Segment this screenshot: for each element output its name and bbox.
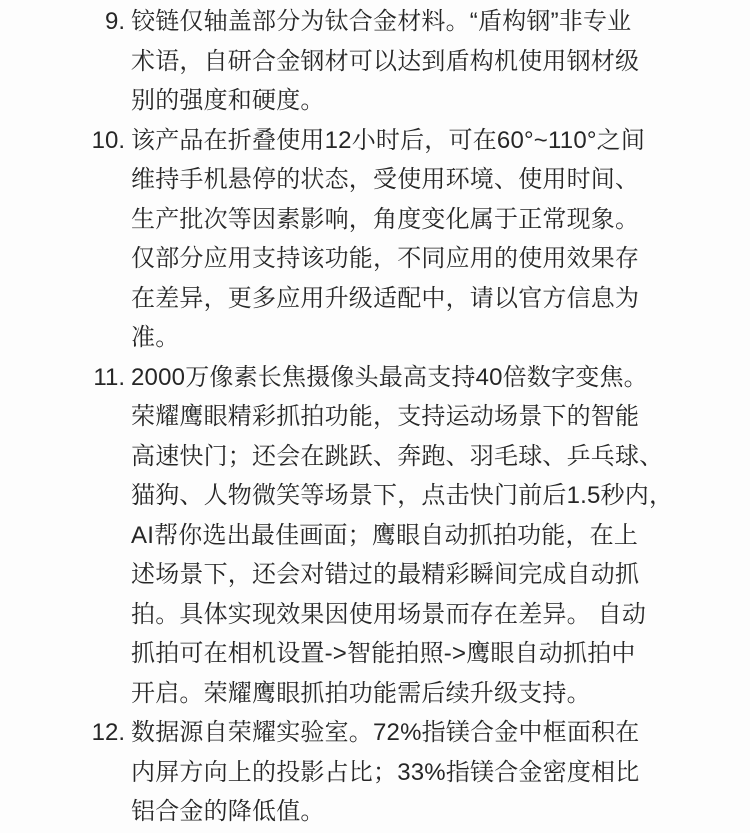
footnote-item-11: 11. 2000万像素长焦摄像头最高支持40倍数字变焦。 荣耀鹰眼精彩抓拍功能，… bbox=[0, 358, 750, 714]
footnote-number: 9. bbox=[0, 2, 125, 42]
footnote-text: 该产品在折叠使用12小时后，可在60°~110°之间 维持手机悬停的状态，受使用… bbox=[131, 121, 716, 358]
footnote-item-12: 12. 数据源自荣耀实验室。72%指镁合金中框面积在 内屏方向上的投影占比；33… bbox=[0, 713, 750, 832]
footnotes-document: 9. 铰链仅轴盖部分为钛合金材料。“盾构钢”非专业 术语，自研合金钢材可以达到盾… bbox=[0, 0, 750, 833]
footnote-text: 2000万像素长焦摄像头最高支持40倍数字变焦。 荣耀鹰眼精彩抓拍功能，支持运动… bbox=[131, 358, 716, 714]
footnote-item-9: 9. 铰链仅轴盖部分为钛合金材料。“盾构钢”非专业 术语，自研合金钢材可以达到盾… bbox=[0, 2, 750, 121]
footnote-number: 10. bbox=[0, 121, 125, 161]
footnote-number: 11. bbox=[0, 358, 125, 398]
footnote-item-10: 10. 该产品在折叠使用12小时后，可在60°~110°之间 维持手机悬停的状态… bbox=[0, 121, 750, 358]
footnote-text: 数据源自荣耀实验室。72%指镁合金中框面积在 内屏方向上的投影占比；33%指镁合… bbox=[131, 713, 716, 832]
footnote-list: 9. 铰链仅轴盖部分为钛合金材料。“盾构钢”非专业 术语，自研合金钢材可以达到盾… bbox=[0, 0, 750, 832]
footnote-number: 12. bbox=[0, 713, 125, 753]
footnote-text: 铰链仅轴盖部分为钛合金材料。“盾构钢”非专业 术语，自研合金钢材可以达到盾构机使… bbox=[131, 2, 716, 121]
